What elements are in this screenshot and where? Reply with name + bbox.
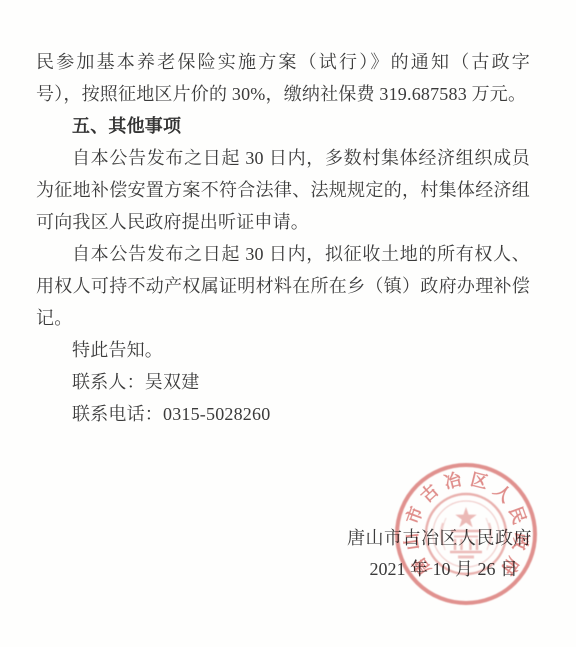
- body-line-7: 自本公告发布之日起 30 日内，拟征收土地的所有权人、使: [36, 238, 530, 270]
- seal-arc-char: 政: [508, 530, 531, 553]
- contact-name-line: 联系人：吴双建: [36, 366, 530, 398]
- body-line-1: 民参加基本养老保险实施方案（试行）》的通知（古政字[2020]45: [36, 46, 530, 78]
- body-line-2: 号），按照征地区片价的 30%，缴纳社保费 319.687583 万元。: [36, 78, 530, 110]
- body-line-9: 记。: [36, 302, 530, 334]
- section-heading: 五、其他事项: [36, 110, 530, 142]
- contact-phone-line: 联系电话：0315-5028260: [36, 398, 530, 430]
- body-line-6: 可向我区人民政府提出听证申请。: [36, 206, 530, 238]
- national-emblem-icon: [423, 491, 509, 577]
- official-seal: 唐山市古冶区人民政府: [394, 462, 538, 606]
- body-line-5: 为征地补偿安置方案不符合法律、法规规定的，村集体经济组织: [36, 174, 530, 206]
- notice-body: 民参加基本养老保险实施方案（试行）》的通知（古政字[2020]45 号），按照征…: [36, 46, 530, 430]
- body-line-8: 用权人可持不动产权属证明材料在所在乡（镇）政府办理补偿登: [36, 270, 530, 302]
- seal-arc-char: 山: [401, 530, 424, 553]
- body-line-4: 自本公告发布之日起 30 日内，多数村集体经济组织成员认: [36, 142, 530, 174]
- notice-document-page: 民参加基本养老保险实施方案（试行）》的通知（古政字[2020]45 号），按照征…: [0, 0, 576, 647]
- closing-line: 特此告知。: [36, 334, 530, 366]
